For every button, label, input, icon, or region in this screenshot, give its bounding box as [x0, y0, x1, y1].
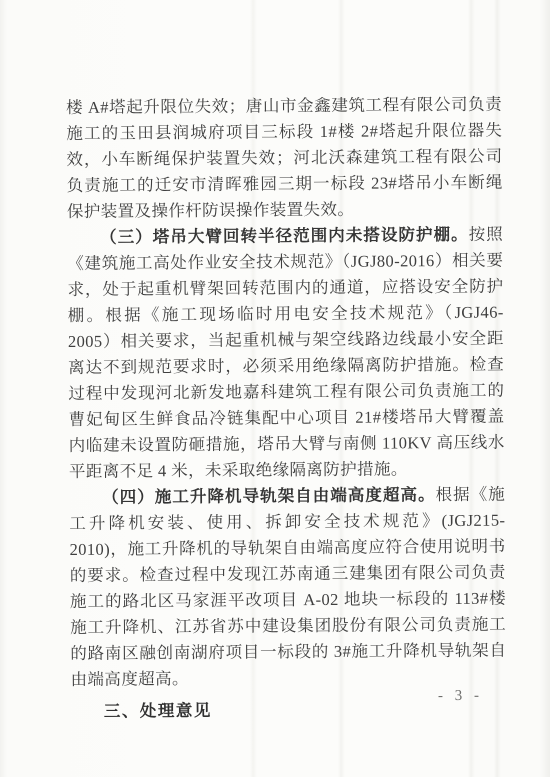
paragraph-item-3-text: 按照《建筑施工高处作业安全技术规范》（JGJ80-2016）相关要求，处于起重机…	[67, 225, 505, 481]
paragraph-continuation: 楼 A#塔起升限位失效；唐山市金鑫建筑工程有限公司负责施工的玉田县润城府项目三标…	[66, 92, 503, 225]
scanned-page-background: 楼 A#塔起升限位失效；唐山市金鑫建筑工程有限公司负责施工的玉田县润城府项目三标…	[0, 0, 550, 777]
document-text-block: 楼 A#塔起升限位失效；唐山市金鑫建筑工程有限公司负责施工的玉田县润城府项目三标…	[66, 92, 507, 725]
paragraph-item-3: （三）塔吊大臂回转半径范围内未搭设防护棚。按照《建筑施工高处作业安全技术规范》（…	[67, 222, 505, 485]
paragraph-item-4-lead: （四）施工升降机导轨架自由端高度超高。	[102, 485, 436, 507]
paragraph-item-4: （四）施工升降机导轨架自由端高度超高。根据《施工升降机安装、使用、拆卸安全技术规…	[69, 482, 507, 693]
paragraph-item-3-lead: （三）塔吊大臂回转半径范围内未搭设防护棚。	[100, 225, 469, 247]
page-number: - 3 -	[438, 688, 483, 705]
paragraph-item-4-text: 根据《施工升降机安装、使用、拆卸安全技术规范》(JGJ215-2010)，施工升…	[69, 485, 506, 689]
paragraph-continuation-text: 楼 A#塔起升限位失效；唐山市金鑫建筑工程有限公司负责施工的玉田县润城府项目三标…	[66, 95, 503, 221]
